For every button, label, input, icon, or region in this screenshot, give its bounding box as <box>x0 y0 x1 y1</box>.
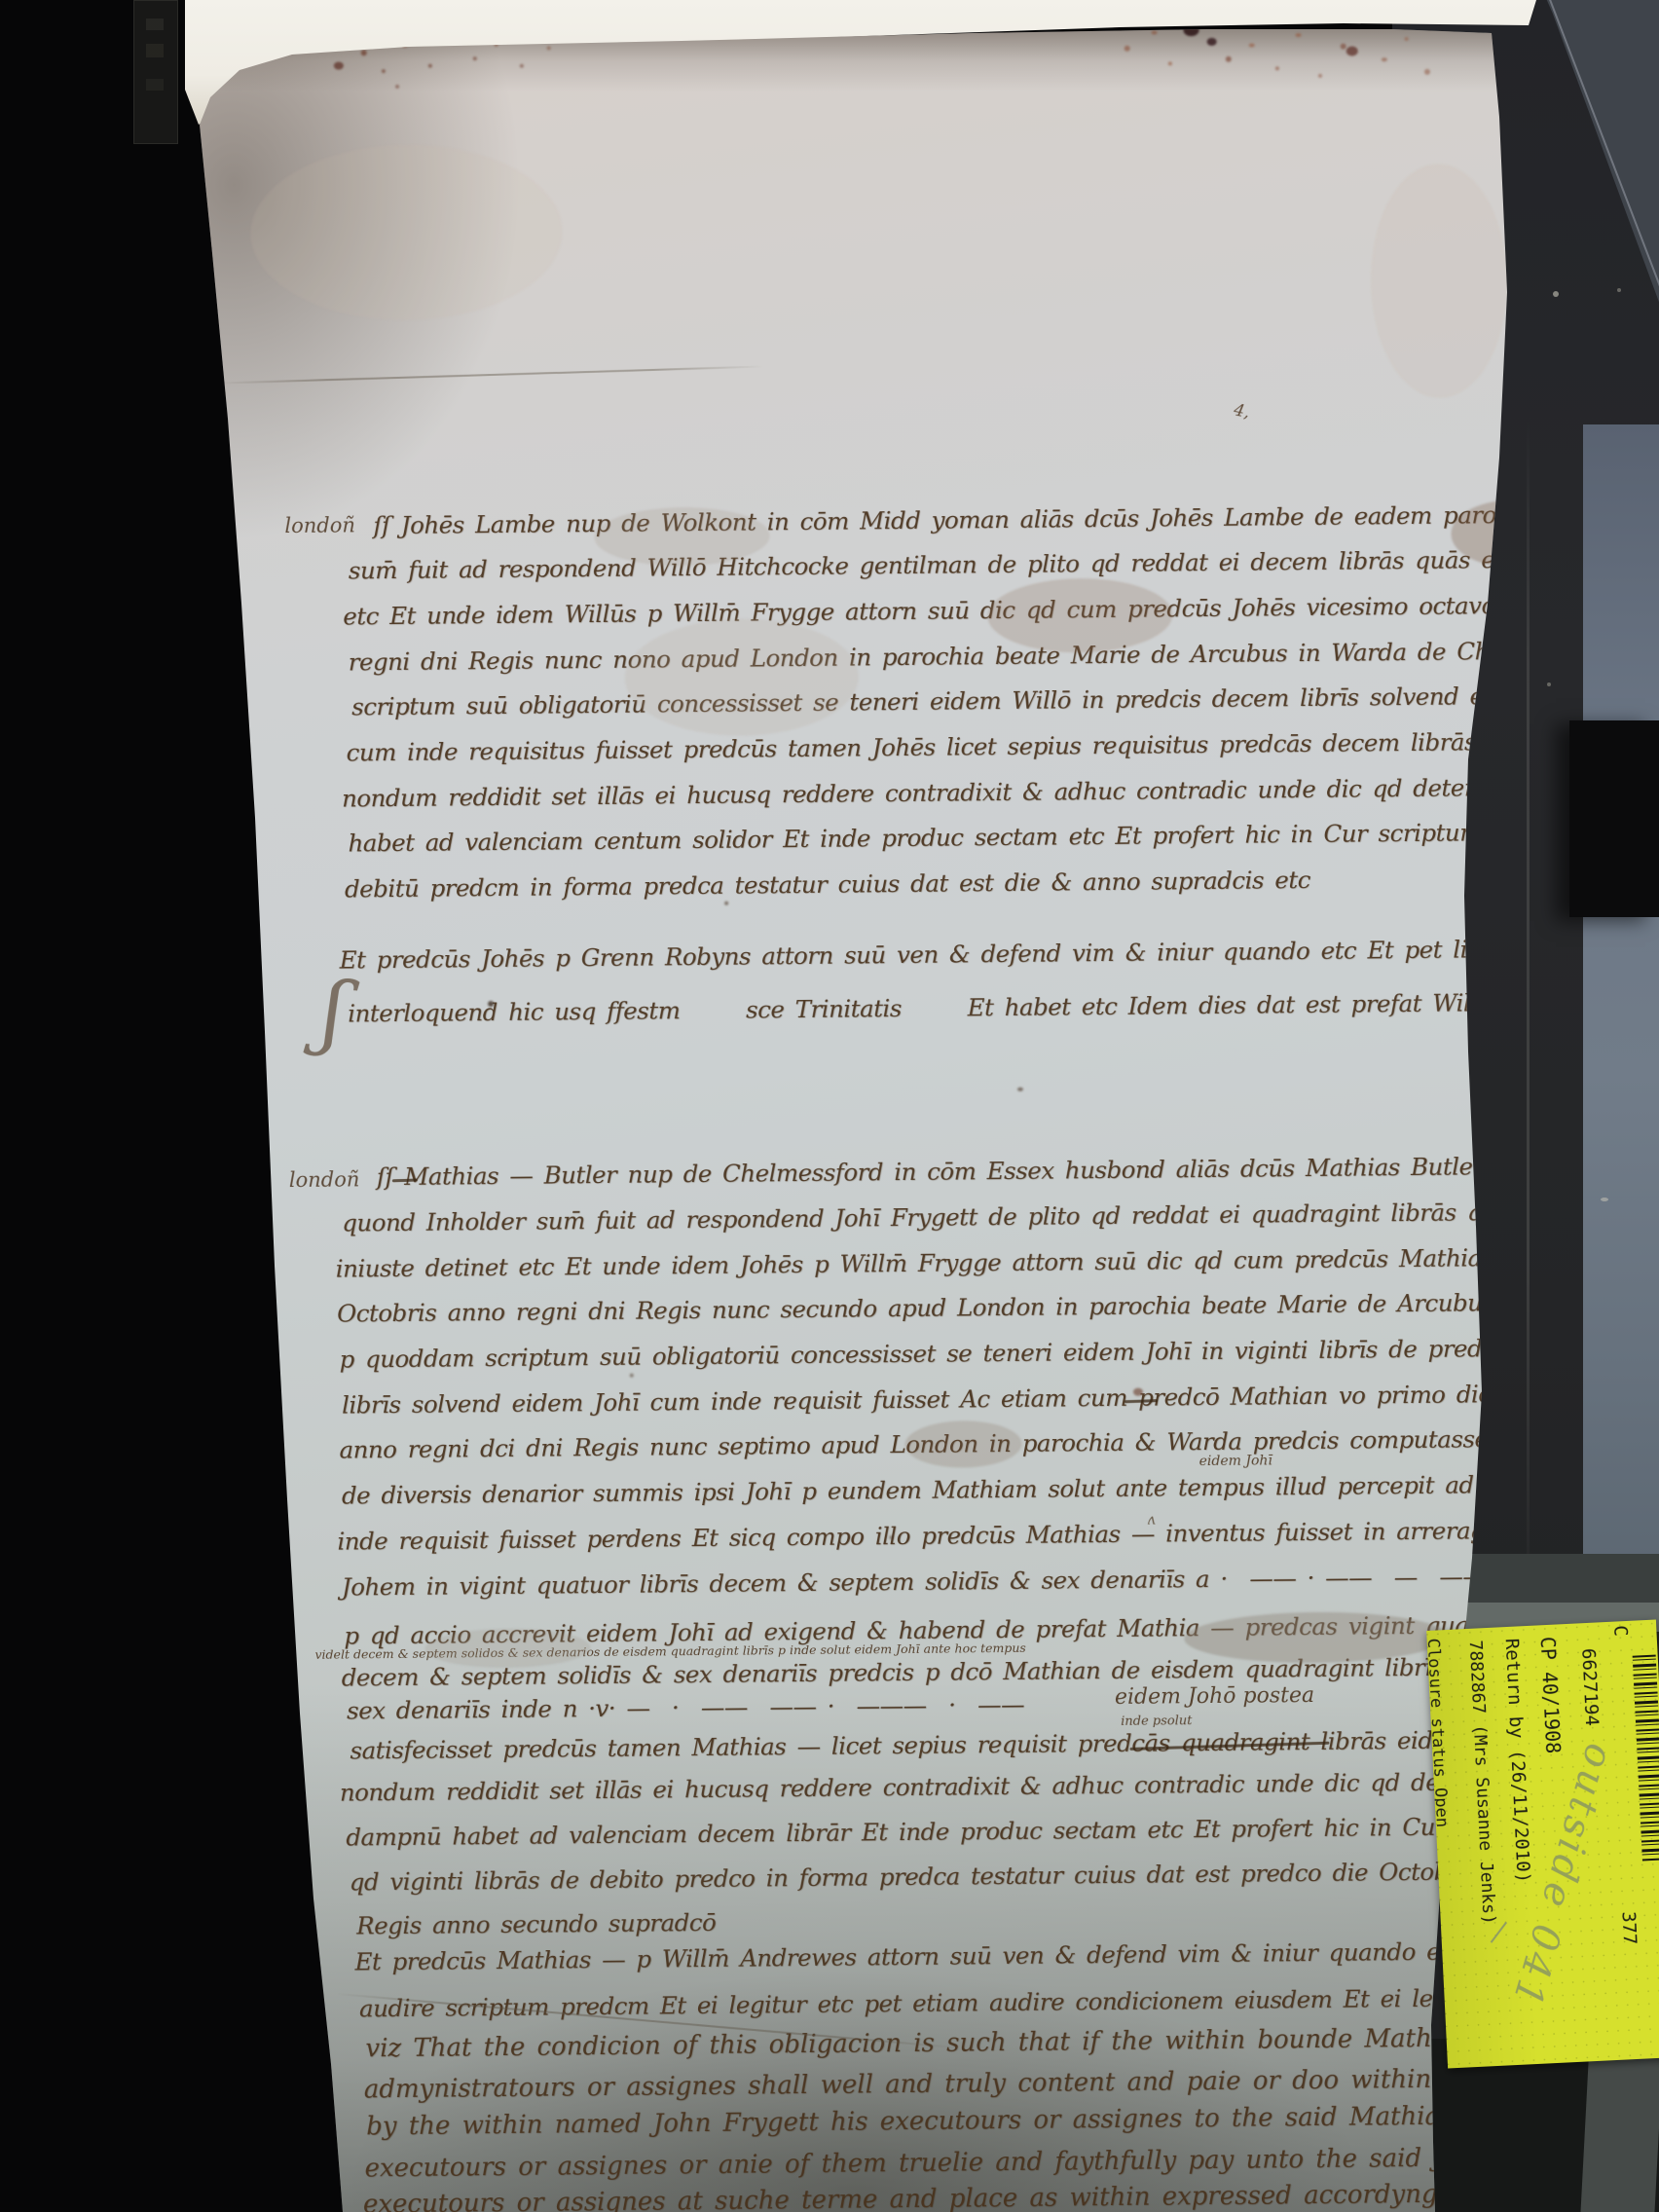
parchment-stain-25 <box>1382 57 1387 61</box>
parchment-stain-19 <box>1249 43 1255 47</box>
support-fabric-seam <box>1527 419 1530 1626</box>
parchment-stain-37 <box>1184 1611 1447 1665</box>
parchment-stain-8 <box>473 56 477 60</box>
parchment-stain-3 <box>361 50 367 55</box>
label-seat-number: 377 <box>1618 1911 1639 1945</box>
label-document-reference: CP 40/1908 <box>1538 1636 1564 1753</box>
parchment-stain-40 <box>1370 164 1508 398</box>
stain-layer <box>0 0 1659 2212</box>
parchment-stain-16 <box>1183 24 1198 36</box>
parchment-stain-11 <box>547 46 551 50</box>
parchment-stain-21 <box>1296 33 1302 37</box>
parchment-stain-32 <box>1133 1388 1143 1396</box>
parchment-stain-2 <box>334 61 344 69</box>
parchment-membrane: ſſ Johēs Lambe nup de Wolkont in cōm Mid… <box>0 0 1659 2212</box>
label-return-by: Return by (26/11/2010) <box>1502 1638 1532 1883</box>
parchment-stain-43 <box>594 506 770 567</box>
parchment-stain-42 <box>904 1420 1021 1468</box>
parchment-stain-38 <box>424 1628 590 1669</box>
parchment-stain-30 <box>724 902 728 905</box>
equipment-glyph-marks <box>146 18 164 102</box>
parchment-stain-23 <box>1341 44 1346 50</box>
label-seat-letter: C <box>1610 1625 1630 1637</box>
background-gray-panel <box>1583 424 1659 1606</box>
parchment-stain-33 <box>630 1374 634 1378</box>
fabric-debris-4 <box>1547 682 1551 686</box>
parchment-stain-20 <box>1275 66 1279 70</box>
photograph-plea-roll-scene: ſſ Johēs Lambe nup de Wolkont in cōm Mid… <box>0 0 1659 2212</box>
parchment-stain-4 <box>382 69 386 73</box>
label-order-number: 6627194 <box>1578 1648 1601 1727</box>
parchment-stain-22 <box>1318 74 1322 78</box>
label-reader: 7882867 (Mrs Susanne Jenks) <box>1466 1640 1497 1925</box>
pencil-tick-mark <box>1491 1922 1507 1943</box>
background-below-label-light <box>1580 2045 1659 2212</box>
fabric-debris-3 <box>1617 288 1621 292</box>
parchment-stain-29 <box>488 1001 494 1007</box>
parchment-stain-17 <box>1207 38 1217 46</box>
parchment-stain-10 <box>520 64 524 68</box>
background-equipment-strip <box>133 0 178 144</box>
parchment-stain-27 <box>1405 37 1409 41</box>
foam-weight-block <box>1569 720 1659 917</box>
parchment-stain-12 <box>395 85 399 89</box>
parchment-stain-13 <box>1124 46 1130 52</box>
parchment-stain-26 <box>1346 46 1358 55</box>
fabric-debris-1 <box>1553 291 1559 297</box>
parchment-stain-39 <box>624 617 859 736</box>
parchment-stain-34 <box>889 1535 893 1539</box>
parchment-stain-41 <box>250 143 564 321</box>
barcode-icon <box>1633 1655 1659 1862</box>
parchment-stain-31 <box>1017 1088 1023 1091</box>
parchment-stain-18 <box>1226 56 1232 62</box>
parchment-stain-15 <box>1168 61 1172 65</box>
parchment-stain-14 <box>1152 30 1158 34</box>
archive-label: C 377 6627194 CP 40/1908 Return by (26/1… <box>1426 1620 1659 2069</box>
parchment-stain-6 <box>428 64 432 68</box>
parchment-stain-35 <box>987 577 1173 653</box>
fabric-debris-2 <box>1601 1198 1608 1201</box>
archive-label-face: C 377 6627194 CP 40/1908 Return by (26/1… <box>1426 1620 1659 2069</box>
parchment-stain-28 <box>1424 69 1430 75</box>
